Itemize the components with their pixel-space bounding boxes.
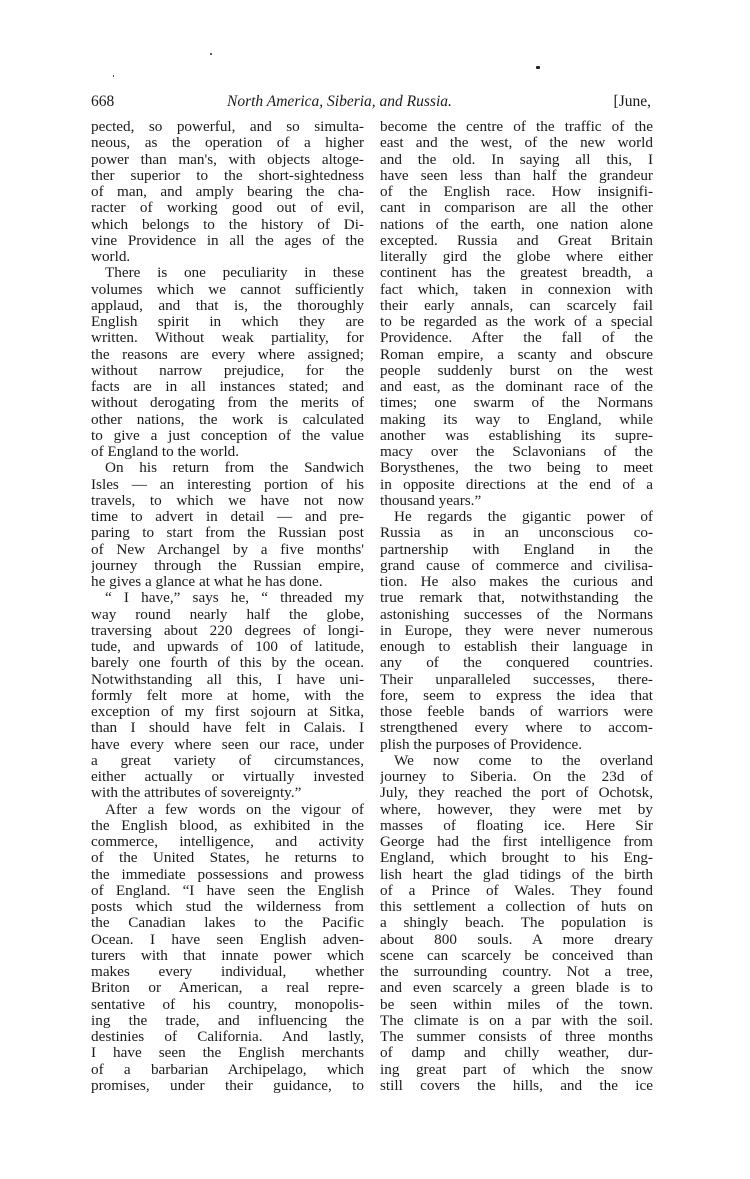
text-line: which belongs to the history of Di-: [91, 217, 364, 233]
text-line: tion. He also makes the curious and: [380, 574, 653, 590]
text-line: the reasons are every where assigned;: [91, 347, 364, 363]
text-line: to be regarded as the work of a special: [380, 314, 653, 330]
text-line: After a few words on the vigour of: [91, 802, 364, 818]
text-line: world.: [91, 249, 364, 265]
text-line: of New Archangel by a five months': [91, 542, 364, 558]
text-line: formly felt more at home, with the: [91, 688, 364, 704]
text-line: “ I have,” says he, “ threaded my: [91, 590, 364, 606]
text-line: the English blood, as exhibited in the: [91, 818, 364, 834]
text-line: facts are in all instances stated; and: [91, 379, 364, 395]
text-line: making its way to England, while: [380, 412, 653, 428]
text-line: astonishing successes of the Normans: [380, 607, 653, 623]
text-line: have every where seen our race, under: [91, 737, 364, 753]
text-line: Russia as in an unconscious co-: [380, 525, 653, 541]
text-line: of the English race. How insignifi-: [380, 184, 653, 200]
text-line: in Europe, they were never numerous: [380, 623, 653, 639]
text-line: barely one fourth of this by the ocean.: [91, 655, 364, 671]
text-line: We now come to the overland: [380, 753, 653, 769]
text-line: exception of my first sojourn at Sitka,: [91, 704, 364, 720]
text-line: literally gird the globe where either: [380, 249, 653, 265]
text-line: destinies of California. And lastly,: [91, 1029, 364, 1045]
text-line: another was establishing its supre-: [380, 428, 653, 444]
text-line: of England to the world.: [91, 444, 364, 460]
text-line: thousand years.”: [380, 493, 653, 509]
text-line: to give a just conception of the value: [91, 428, 364, 444]
text-line: of a barbarian Archipelago, which: [91, 1062, 364, 1078]
ink-speck: [536, 66, 540, 69]
text-line: of the United States, he returns to: [91, 850, 364, 866]
text-line: promises, under their guidance, to: [91, 1078, 364, 1094]
text-line: grand cause of commerce and civilisa-: [380, 558, 653, 574]
text-line: tude, and upwards of 100 of latitude,: [91, 639, 364, 655]
text-line: those feeble bands of warriors were: [380, 704, 653, 720]
text-line: travels, to which we have not now: [91, 493, 364, 509]
text-line: east and the west, of the new world: [380, 135, 653, 151]
text-line: way round nearly half the globe,: [91, 607, 364, 623]
text-line: Borysthenes, the two being to meet: [380, 460, 653, 476]
text-line: nations of the earth, one nation alone: [380, 217, 653, 233]
text-line: time to advert in detail — and pre-: [91, 509, 364, 525]
text-line: English spirit in which they are: [91, 314, 364, 330]
text-line: vine Providence in all the ages of the: [91, 233, 364, 249]
date-mark: [June,: [614, 93, 651, 111]
text-line: and the old. In saying all this, I: [380, 152, 653, 168]
text-line: still covers the hills, and the ice: [380, 1078, 653, 1094]
text-line: have seen less than half the grandeur: [380, 168, 653, 184]
text-line: written. Without weak partiality, for: [91, 330, 364, 346]
text-line: ing the trade, and influencing the: [91, 1013, 364, 1029]
text-line: where, however, they were met by: [380, 802, 653, 818]
text-line: Roman empire, a scanty and obscure: [380, 347, 653, 363]
text-line: fact which, taken in connexion with: [380, 282, 653, 298]
ink-speck: [113, 75, 114, 77]
text-line: cant in comparison are all the other: [380, 200, 653, 216]
text-line: traversing about 220 degrees of longi-: [91, 623, 364, 639]
text-line: without narrow prejudice, for the: [91, 363, 364, 379]
text-line: There is one peculiarity in these: [91, 265, 364, 281]
text-line: of England. “I have seen the English: [91, 883, 364, 899]
text-line: scene can scarcely be conceived than: [380, 948, 653, 964]
text-line: with the attributes of sovereignty.”: [91, 785, 364, 801]
text-line: true remark that, notwithstanding the: [380, 590, 653, 606]
book-page: 668 North America, Siberia, and Russia. …: [0, 0, 750, 1179]
text-line: Providence. After the fall of the: [380, 330, 653, 346]
text-line: without derogating from the merits of: [91, 395, 364, 411]
left-column: pected, so powerful, and so simulta-neou…: [91, 119, 364, 1094]
text-line: continent has the greatest breadth, a: [380, 265, 653, 281]
text-line: I have seen the English merchants: [91, 1045, 364, 1061]
text-line: than I should have felt in Calais. I: [91, 720, 364, 736]
text-line: other nations, the work is calculated: [91, 412, 364, 428]
text-line: turers with that innate power which: [91, 948, 364, 964]
text-line: England, which brought to his Eng-: [380, 850, 653, 866]
text-line: and east, as the dominant race of the: [380, 379, 653, 395]
text-line: excepted. Russia and Great Britain: [380, 233, 653, 249]
text-line: either actually or virtually invested: [91, 769, 364, 785]
text-line: of a Prince of Wales. They found: [380, 883, 653, 899]
text-line: posts which stud the wilderness from: [91, 899, 364, 915]
text-line: be seen within miles of the town.: [380, 997, 653, 1013]
text-line: strengthened every where to accom-: [380, 720, 653, 736]
text-line: the Canadian lakes to the Pacific: [91, 915, 364, 931]
text-line: Ocean. I have seen English adven-: [91, 932, 364, 948]
text-line: racter of working good out of evil,: [91, 200, 364, 216]
text-line: power than man's, with objects altoge-: [91, 152, 364, 168]
text-line: the surrounding country. Not a tree,: [380, 964, 653, 980]
text-line: makes every individual, whether: [91, 964, 364, 980]
text-line: neous, as the operation of a higher: [91, 135, 364, 151]
text-line: paring to start from the Russian post: [91, 525, 364, 541]
text-line: and even scarcely a green blade is to: [380, 980, 653, 996]
ink-speck: [210, 53, 212, 55]
text-line: he gives a glance at what he has done.: [91, 574, 364, 590]
text-line: of man, and amply bearing the cha-: [91, 184, 364, 200]
text-line: Briton or American, a real repre-: [91, 980, 364, 996]
text-line: July, they reached the port of Ochotsk,: [380, 785, 653, 801]
text-line: Isles — an interesting portion of his: [91, 477, 364, 493]
text-line: Notwithstanding all this, I have uni-: [91, 672, 364, 688]
text-line: their early annals, can scarcely fail: [380, 298, 653, 314]
text-line: any of the conquered countries.: [380, 655, 653, 671]
text-line: people suddenly burst on the west: [380, 363, 653, 379]
text-line: of damp and chilly weather, dur-: [380, 1045, 653, 1061]
text-line: masses of floating ice. Here Sir: [380, 818, 653, 834]
text-line: sentative of his country, monopolis-: [91, 997, 364, 1013]
text-line: fore, seem to express the idea that: [380, 688, 653, 704]
text-line: On his return from the Sandwich: [91, 460, 364, 476]
text-line: journey to Siberia. On the 23d of: [380, 769, 653, 785]
text-line: He regards the gigantic power of: [380, 509, 653, 525]
text-line: The climate is on a par with the soil.: [380, 1013, 653, 1029]
text-line: Their unparalleled successes, there-: [380, 672, 653, 688]
text-line: ther superior to the short-sightedness: [91, 168, 364, 184]
text-line: enough to establish their language in: [380, 639, 653, 655]
text-line: ing great part of which the snow: [380, 1062, 653, 1078]
text-line: plish the purposes of Providence.: [380, 737, 653, 753]
text-line: The summer consists of three months: [380, 1029, 653, 1045]
text-line: macy over the Sclavonians of the: [380, 444, 653, 460]
text-line: applaud, and that is, the thoroughly: [91, 298, 364, 314]
text-line: times; one swarm of the Normans: [380, 395, 653, 411]
running-title: North America, Siberia, and Russia.: [227, 93, 452, 111]
text-line: in opposite directions at the end of a: [380, 477, 653, 493]
text-line: volumes which we cannot sufficiently: [91, 282, 364, 298]
text-line: partnership with England in the: [380, 542, 653, 558]
text-line: pected, so powerful, and so simulta-: [91, 119, 364, 135]
text-line: a shingly beach. The population is: [380, 915, 653, 931]
text-line: lish heart the glad tidings of the birth: [380, 867, 653, 883]
page-number: 668: [91, 93, 114, 111]
text-line: this settlement a collection of huts on: [380, 899, 653, 915]
text-line: George had the first intelligence from: [380, 834, 653, 850]
text-line: the immediate possessions and prowess: [91, 867, 364, 883]
running-header: 668 North America, Siberia, and Russia. …: [91, 93, 651, 113]
text-line: become the centre of the traffic of the: [380, 119, 653, 135]
right-column: become the centre of the traffic of thee…: [380, 119, 653, 1094]
text-line: about 800 souls. A more dreary: [380, 932, 653, 948]
text-line: journey through the Russian empire,: [91, 558, 364, 574]
text-line: a great variety of circumstances,: [91, 753, 364, 769]
text-line: commerce, intelligence, and activity: [91, 834, 364, 850]
